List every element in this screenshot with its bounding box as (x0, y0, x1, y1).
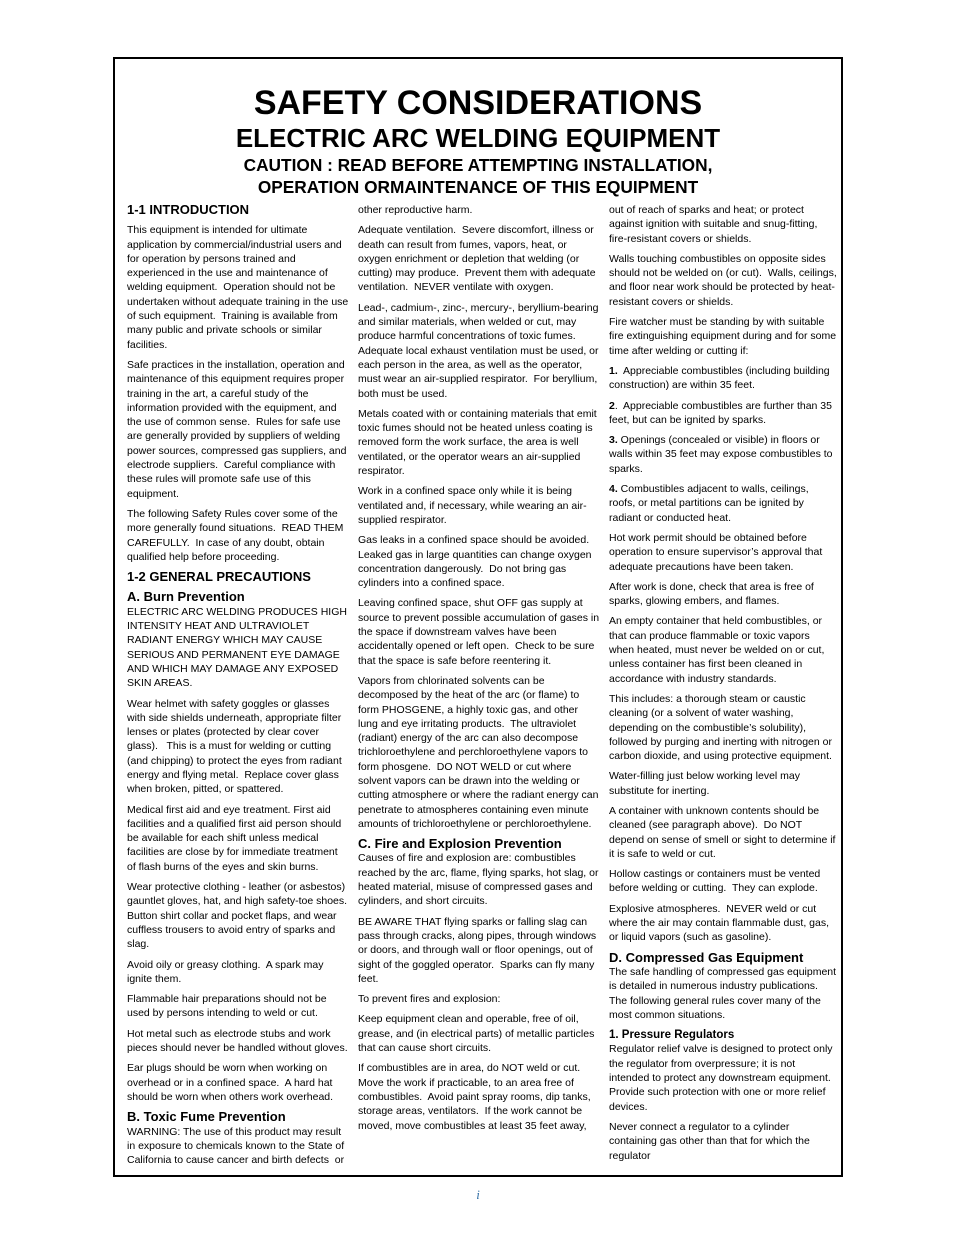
section-heading: 1-2 GENERAL PRECAUTIONS (127, 570, 349, 584)
paragraph: An empty container that held combustible… (609, 614, 837, 685)
paragraph: Vapors from chlorinated solvents can be … (358, 674, 600, 831)
paragraph: Keep equipment clean and operable, free … (358, 1012, 600, 1055)
page-border: SAFETY CONSIDERATIONS ELECTRIC ARC WELDI… (113, 57, 843, 1177)
paragraph: Regulator relief valve is designed to pr… (609, 1042, 837, 1113)
paragraph: out of reach of sparks and heat; or prot… (609, 203, 837, 246)
paragraph: BE AWARE THAT flying sparks or falling s… (358, 915, 600, 986)
numbered-item: 1. Appreciable combustibles (including b… (609, 364, 837, 393)
numbered-item: 4. Combustibles adjacent to walls, ceili… (609, 482, 837, 525)
paragraph: Hot metal such as electrode stubs and wo… (127, 1027, 349, 1056)
paragraph: WARNING: The use of this product may res… (127, 1125, 349, 1168)
subsection-heading: D. Compressed Gas Equipment (609, 951, 837, 965)
paragraph: other reproductive harm. (358, 203, 600, 217)
subsection-heading: B. Toxic Fume Prevention (127, 1110, 349, 1124)
paragraph: This equipment is intended for ultimate … (127, 223, 349, 352)
subsubsection-heading: 1. Pressure Regulators (609, 1028, 837, 1042)
paragraph: Never connect a regulator to a cylinder … (609, 1120, 837, 1163)
page-number: i (113, 1187, 843, 1203)
paragraph: Leaving confined space, shut OFF gas sup… (358, 596, 600, 667)
column-middle: other reproductive harm.Adequate ventila… (358, 203, 600, 1173)
document-title: SAFETY CONSIDERATIONS (115, 84, 841, 122)
paragraph: Explosive atmospheres. NEVER weld or cut… (609, 902, 837, 945)
paragraph: After work is done, check that area is f… (609, 580, 837, 609)
paragraph: Lead-, cadmium-, zinc-, mercury-, beryll… (358, 301, 600, 401)
column-right: out of reach of sparks and heat; or prot… (609, 203, 837, 1173)
paragraph: Medical first aid and eye treatment. Fir… (127, 803, 349, 874)
paragraph: Safe practices in the installation, oper… (127, 358, 349, 501)
subsection-heading: C. Fire and Explosion Prevention (358, 837, 600, 851)
paragraph: Metals coated with or containing materia… (358, 407, 600, 478)
caution-line-1: CAUTION : READ BEFORE ATTEMPTING INSTALL… (115, 155, 841, 177)
list-number: 1. (609, 365, 618, 377)
list-number: 3. (609, 434, 618, 446)
paragraph: Causes of fire and explosion are: combus… (358, 851, 600, 908)
column-left: 1-1 INTRODUCTIONThis equipment is intend… (127, 203, 349, 1173)
paragraph: Gas leaks in a confined space should be … (358, 533, 600, 590)
title-block: SAFETY CONSIDERATIONS ELECTRIC ARC WELDI… (115, 59, 841, 198)
paragraph: To prevent fires and explosion: (358, 992, 600, 1006)
list-text: . Appreciable combustibles are further t… (609, 400, 835, 426)
paragraph: ELECTRIC ARC WELDING PRODUCES HIGH INTEN… (127, 605, 349, 691)
paragraph: Water-filling just below working level m… (609, 769, 837, 798)
paragraph: Wear helmet with safety goggles or glass… (127, 697, 349, 797)
section-heading: 1-1 INTRODUCTION (127, 203, 349, 217)
list-text: Appreciable combustibles (including buil… (609, 365, 833, 391)
paragraph: Hollow castings or containers must be ve… (609, 867, 837, 896)
caution-line-2: OPERATION ORMAINTENANCE OF THIS EQUIPMEN… (115, 177, 841, 199)
document-subtitle: ELECTRIC ARC WELDING EQUIPMENT (115, 122, 841, 155)
paragraph: If combustibles are in area, do NOT weld… (358, 1061, 600, 1132)
paragraph: Adequate ventilation. Severe discomfort,… (358, 223, 600, 294)
paragraph: Ear plugs should be worn when working on… (127, 1061, 349, 1104)
text-columns: 1-1 INTRODUCTIONThis equipment is intend… (115, 198, 841, 1173)
paragraph: Work in a confined space only while it i… (358, 484, 600, 527)
paragraph: The safe handling of compressed gas equi… (609, 965, 837, 1022)
paragraph: This includes: a thorough steam or caust… (609, 692, 837, 763)
subsection-heading: A. Burn Prevention (127, 590, 349, 604)
numbered-item: 2. Appreciable combustibles are further … (609, 399, 837, 428)
paragraph: A container with unknown contents should… (609, 804, 837, 861)
paragraph: Wear protective clothing - leather (or a… (127, 880, 349, 951)
numbered-item: 3. Openings (concealed or visible) in fl… (609, 433, 837, 476)
paragraph: Avoid oily or greasy clothing. A spark m… (127, 958, 349, 987)
list-number: 4. (609, 483, 618, 495)
list-text: Openings (concealed or visible) in floor… (609, 434, 835, 475)
paragraph: The following Safety Rules cover some of… (127, 507, 349, 564)
paragraph: Hot work permit should be obtained befor… (609, 531, 837, 574)
paragraph: Walls touching combustibles on opposite … (609, 252, 837, 309)
list-text: Combustibles adjacent to walls, ceilings… (609, 483, 812, 524)
paragraph: Flammable hair preparations should not b… (127, 992, 349, 1021)
paragraph: Fire watcher must be standing by with su… (609, 315, 837, 358)
